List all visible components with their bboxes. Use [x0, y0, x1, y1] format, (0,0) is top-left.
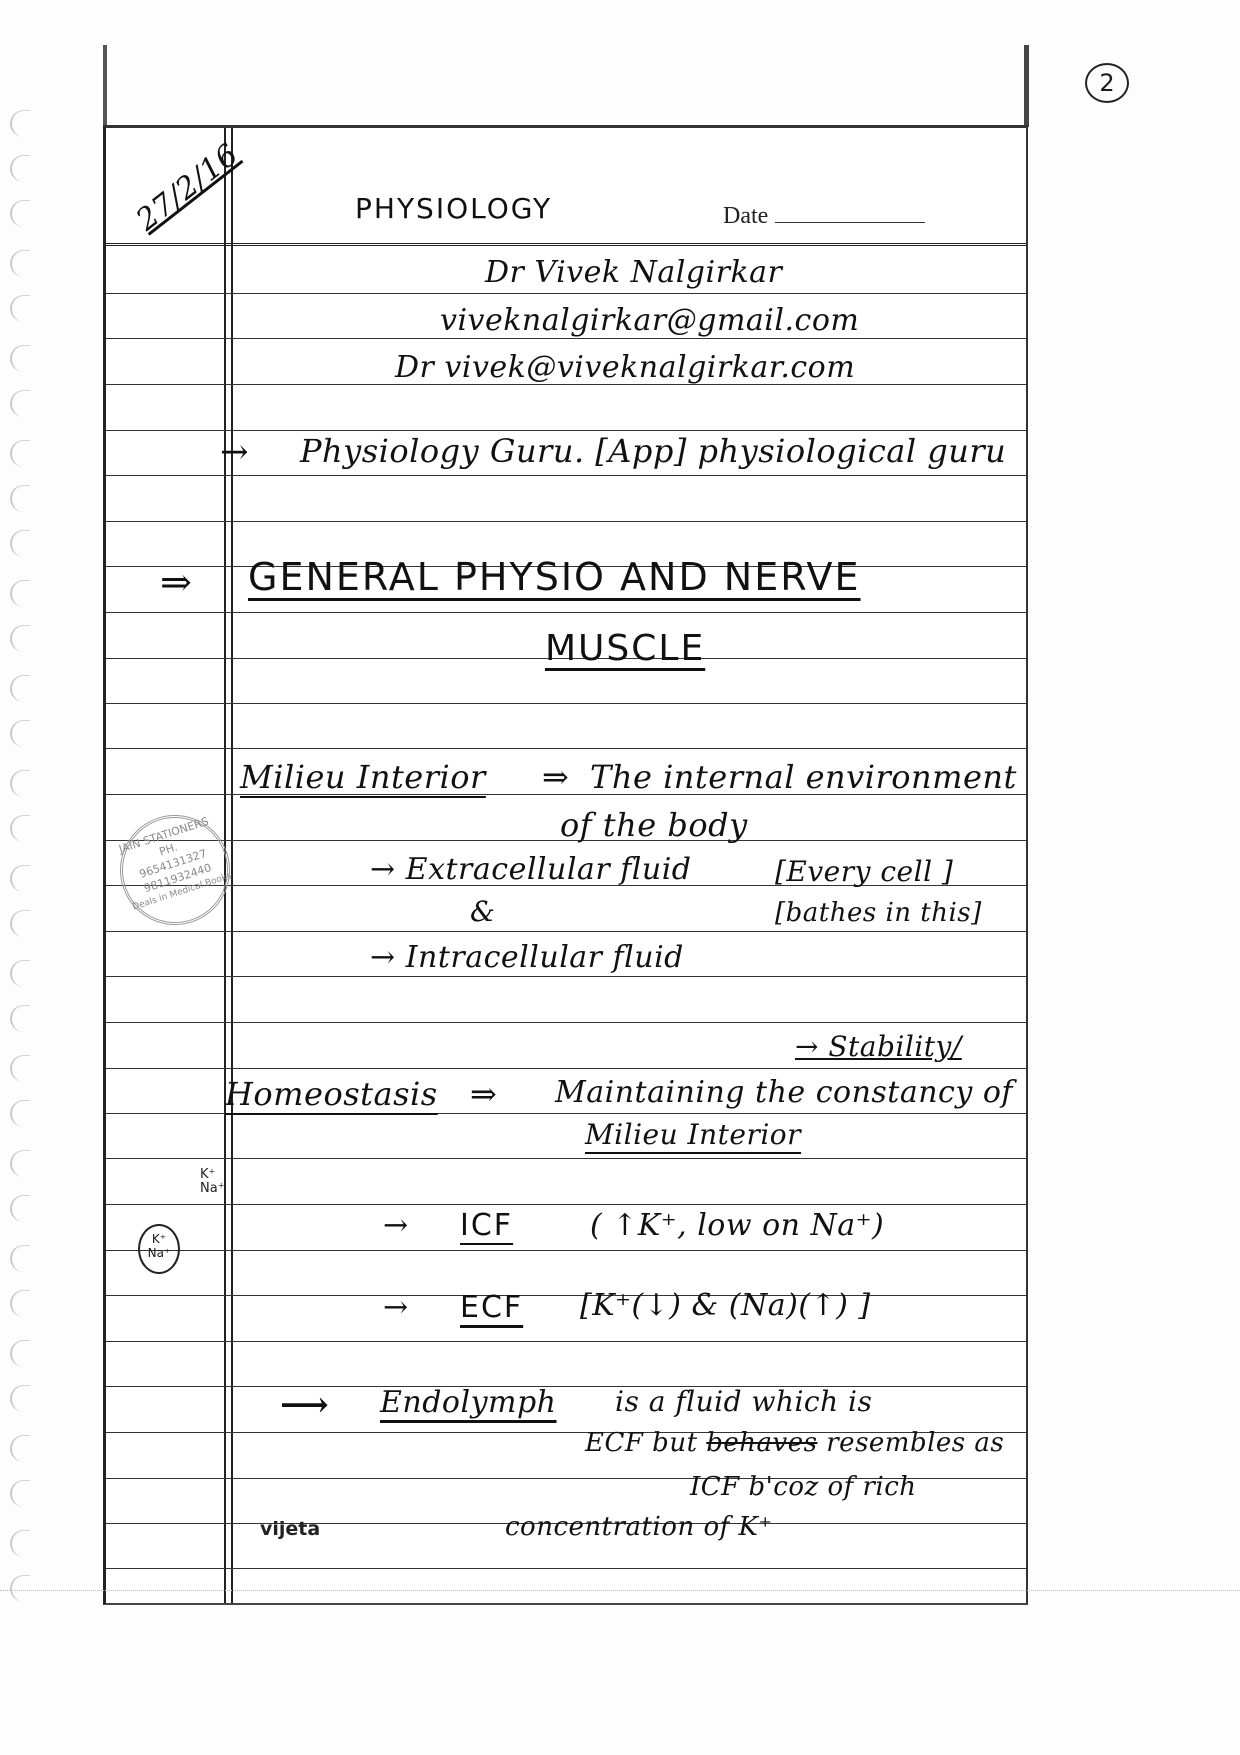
rule-line — [106, 976, 1026, 977]
endolymph-line-3: ICF b'coz of rich — [690, 1472, 917, 1502]
milieu-definition-2: of the body — [560, 806, 748, 844]
binder-hole — [10, 390, 30, 417]
rule-line — [106, 1568, 1026, 1569]
binder-hole — [10, 1150, 30, 1177]
every-cell-note: [Every cell ] — [775, 855, 953, 888]
rule-line — [106, 1341, 1026, 1342]
chapter-title-line-2: MUSCLE — [545, 628, 705, 669]
binder-hole — [10, 1055, 30, 1082]
binder-hole — [10, 440, 30, 467]
binder-hole — [10, 530, 30, 557]
ecf-arrow: → — [383, 1290, 409, 1325]
homeostasis-definition-2: Milieu Interior — [585, 1118, 801, 1151]
endolymph-line-2-b: resembles as — [826, 1428, 1004, 1458]
ecf-label: ECF — [460, 1290, 523, 1325]
binder-hole — [10, 625, 30, 652]
binder-hole — [10, 1575, 30, 1602]
binder-hole — [10, 485, 30, 512]
binder-hole — [10, 580, 30, 607]
rule-line — [106, 1113, 1026, 1114]
milieu-definition-1: The internal environment — [590, 758, 1017, 796]
endolymph-line-4: concentration of K⁺ — [505, 1512, 773, 1542]
ecf-item: → Extracellular fluid — [370, 852, 692, 887]
rule-line — [106, 1204, 1026, 1205]
page-edge — [1024, 45, 1029, 127]
binder-hole — [10, 1290, 30, 1317]
rule-line — [106, 521, 1026, 522]
rule-line — [106, 293, 1026, 294]
ecf-detail: [K⁺(↓) & (Na)(↑) ] — [580, 1288, 871, 1323]
stability-note: → Stability/ — [795, 1030, 962, 1063]
binder-hole — [10, 295, 30, 322]
endolymph-line-1: is a fluid which is — [615, 1385, 872, 1418]
rule-line — [106, 338, 1026, 339]
binder-hole — [10, 720, 30, 747]
page-edge — [103, 45, 107, 127]
binder-hole — [10, 1100, 30, 1127]
binder-hole — [10, 960, 30, 987]
homeostasis-arrow: ⇒ — [470, 1075, 497, 1113]
rule-line — [106, 475, 1026, 476]
binder-hole — [10, 155, 30, 182]
binder-hole — [10, 1245, 30, 1272]
chapter-title-line-1: GENERAL PHYSIO AND NERVE — [248, 555, 861, 599]
instructor-email-domain: Dr vivek@viveknalgirkar.com — [395, 350, 855, 385]
binder-hole — [10, 675, 30, 702]
binder-hole — [10, 770, 30, 797]
endolymph-line-2: ECF but behaves resembles as — [585, 1428, 1004, 1458]
rule-line — [106, 931, 1026, 932]
scan-artifact — [0, 1590, 1240, 1597]
rule-line — [106, 1386, 1026, 1387]
binder-hole — [10, 1480, 30, 1507]
chapter-arrow: ⇒ — [160, 560, 192, 604]
rule-line — [106, 1022, 1026, 1023]
binder-hole — [10, 1340, 30, 1367]
bathes-note: [bathes in this] — [775, 898, 982, 928]
binder-hole — [10, 1385, 30, 1412]
ecf-icf-connector: & — [470, 895, 495, 928]
binder-hole — [10, 110, 30, 137]
instructor-name: Dr Vivek Nalgirkar — [485, 255, 782, 290]
binder-hole — [10, 1005, 30, 1032]
endolymph-line-2-a: ECF but — [585, 1428, 698, 1458]
date-field-line — [775, 222, 925, 223]
binder-hole — [10, 1435, 30, 1462]
binder-hole — [10, 1195, 30, 1222]
subject-title: PHYSIOLOGY — [355, 192, 552, 225]
rule-line — [106, 1250, 1026, 1251]
notebook-brand: vijeta — [260, 1518, 320, 1540]
milieu-term: Milieu Interior — [240, 758, 486, 796]
binder-hole — [10, 910, 30, 937]
binder-hole — [10, 1530, 30, 1557]
binder-holes — [0, 100, 60, 1700]
rule-line — [106, 1158, 1026, 1159]
resources-note: Physiology Guru. [App] physiological gur… — [300, 432, 1006, 470]
icf-detail: ( ↑K⁺, low on Na⁺) — [590, 1208, 884, 1243]
icf-label: ICF — [460, 1208, 513, 1243]
endolymph-struck-word: behaves — [706, 1428, 817, 1458]
instructor-email-gmail: viveknalgirkar@gmail.com — [440, 303, 859, 338]
rule-line — [106, 748, 1026, 749]
homeostasis-term: Homeostasis — [225, 1075, 438, 1113]
rule-line — [106, 430, 1026, 431]
margin-note-circled: K⁺ Na⁺ — [138, 1224, 180, 1274]
binder-hole — [10, 345, 30, 372]
endolymph-term: Endolymph — [380, 1385, 557, 1420]
icf-item: → Intracellular fluid — [370, 940, 684, 975]
endolymph-arrow: ⟶ — [280, 1385, 329, 1425]
milieu-arrow: ⇒ — [542, 758, 569, 796]
binder-hole — [10, 865, 30, 892]
binder-hole — [10, 815, 30, 842]
binder-hole — [10, 200, 30, 227]
rule-line — [106, 703, 1026, 704]
rule-line — [106, 1295, 1026, 1296]
rule-line — [106, 1068, 1026, 1069]
icf-arrow: → — [383, 1208, 409, 1243]
binder-hole — [10, 250, 30, 277]
homeostasis-definition-1: Maintaining the constancy of — [555, 1075, 1013, 1110]
page-number: 2 — [1085, 63, 1129, 103]
rule-line — [106, 612, 1026, 613]
resources-arrow: → — [220, 432, 249, 472]
margin-note-ions: K⁺ Na⁺ — [200, 1168, 225, 1196]
rule-line — [106, 243, 1026, 246]
date-label: Date — [723, 203, 768, 230]
